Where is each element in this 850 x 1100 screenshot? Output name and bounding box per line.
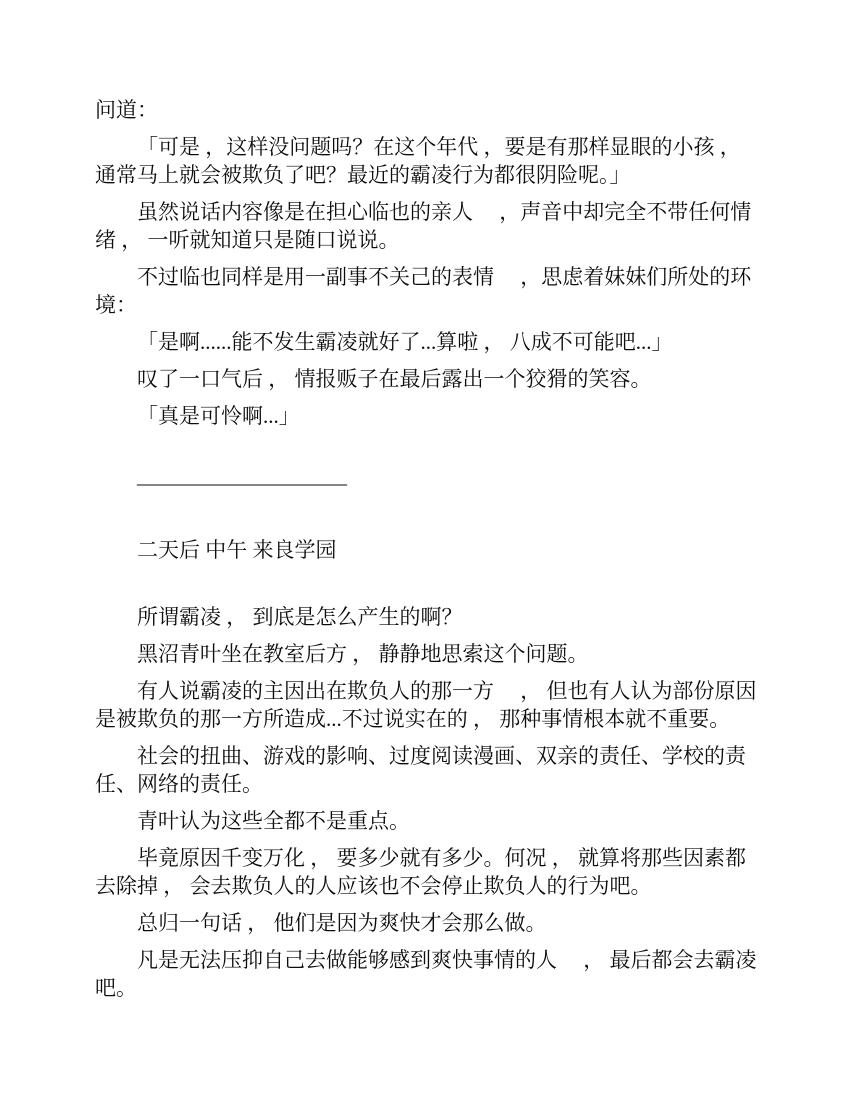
paragraph: 「是啊......能不发生霸凌就好了...算啦 ， 八成不可能吧...」	[95, 328, 775, 356]
paragraph: 「真是可怜啊...」	[95, 402, 775, 430]
blank-line	[95, 439, 775, 460]
paragraph: 毕竟原因千变万化 ， 要多少就有多少。何况 ， 就算将那些因素都 去除掉 ， 会…	[95, 844, 775, 900]
section-divider: ——————————	[95, 469, 775, 497]
blank-line	[95, 506, 775, 527]
paragraph: 社会的扭曲、游戏的影响、过度阅读漫画、双亲的责任、学校的责 任、网络的责任。	[95, 742, 775, 798]
paragraph: 青叶认为这些全都不是重点。	[95, 807, 775, 835]
document-page: 问道：「可是 ，这样没问题吗？在这个年代 ，要是有那样显眼的小孩 ， 通常马上就…	[0, 0, 850, 1100]
paragraph: 总归一句话 ， 他们是因为爽快才会那么做。	[95, 909, 775, 937]
paragraph: 黑沼青叶坐在教室后方 ， 静静地思索这个问题。	[95, 640, 775, 668]
paragraph: 问道：	[95, 96, 775, 124]
paragraph: 「可是 ，这样没问题吗？在这个年代 ，要是有那样显眼的小孩 ， 通常马上就会被欺…	[95, 133, 775, 189]
paragraph: 不过临也同样是用一副事不关己的表情 ，思虑着妹妹们所处的环 境：	[95, 263, 775, 319]
paragraph: 所谓霸凌 ， 到底是怎么产生的啊？	[95, 603, 775, 631]
paragraph: 凡是无法压抑自己去做能够感到爽快事情的人 ， 最后都会去霸凌 吧。	[95, 946, 775, 1002]
blank-line	[95, 573, 775, 594]
paragraph: 有人说霸凌的主因出在欺负人的那一方 ， 但也有人认为部份原因 是被欺负的那一方所…	[95, 677, 775, 733]
paragraph: 虽然说话内容像是在担心临也的亲人 ，声音中却完全不带任何情 绪 ， 一听就知道只…	[95, 198, 775, 254]
paragraph: 叹了一口气后 ， 情报贩子在最后露出一个狡猾的笑容。	[95, 365, 775, 393]
scene-heading: 二天后 中午 来良学园	[95, 536, 775, 564]
